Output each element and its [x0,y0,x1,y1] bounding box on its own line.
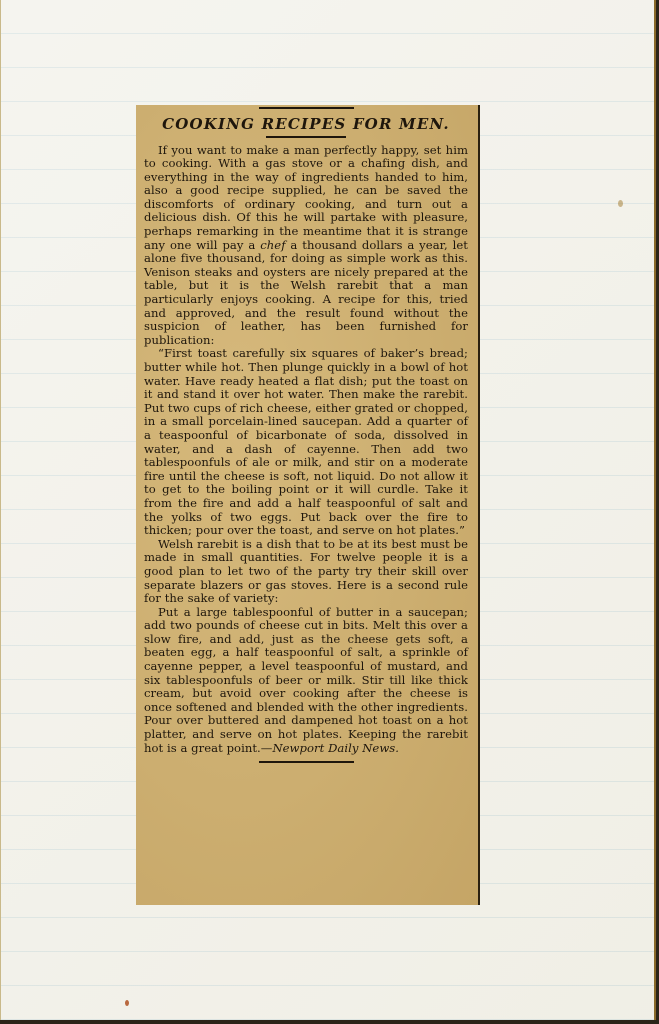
source-credit: Newport Daily News. [272,741,399,755]
title-underline [266,136,346,138]
paragraph-recipe-two: Put a large tablespoonful of butter in a… [144,606,468,756]
intro-text: If you want to make a man perfectly happ… [144,143,468,252]
stain-mark [618,200,623,207]
stain-mark [125,1000,129,1006]
paragraph-recipe-one: “First toast carefully six squares of ba… [144,347,468,537]
recipe-two-text: Put a large tablespoonful of butter in a… [144,605,468,755]
chef-italic: chef [260,238,285,252]
paragraph-welsh-rarebit: Welsh rarebit is a dish that to be at it… [144,538,468,606]
source-dash: — [261,741,273,755]
newspaper-clipping: COOKING RECIPES FOR MEN. If you want to … [136,105,480,905]
intro-text-continued: a thousand dollars a year, let alone fiv… [144,238,468,347]
top-rule [259,107,354,109]
bottom-rule [259,761,354,763]
scrapbook-page: COOKING RECIPES FOR MEN. If you want to … [0,0,656,1020]
paragraph-intro: If you want to make a man perfectly happ… [144,144,468,348]
clipping-title: COOKING RECIPES FOR MEN. [144,115,468,133]
